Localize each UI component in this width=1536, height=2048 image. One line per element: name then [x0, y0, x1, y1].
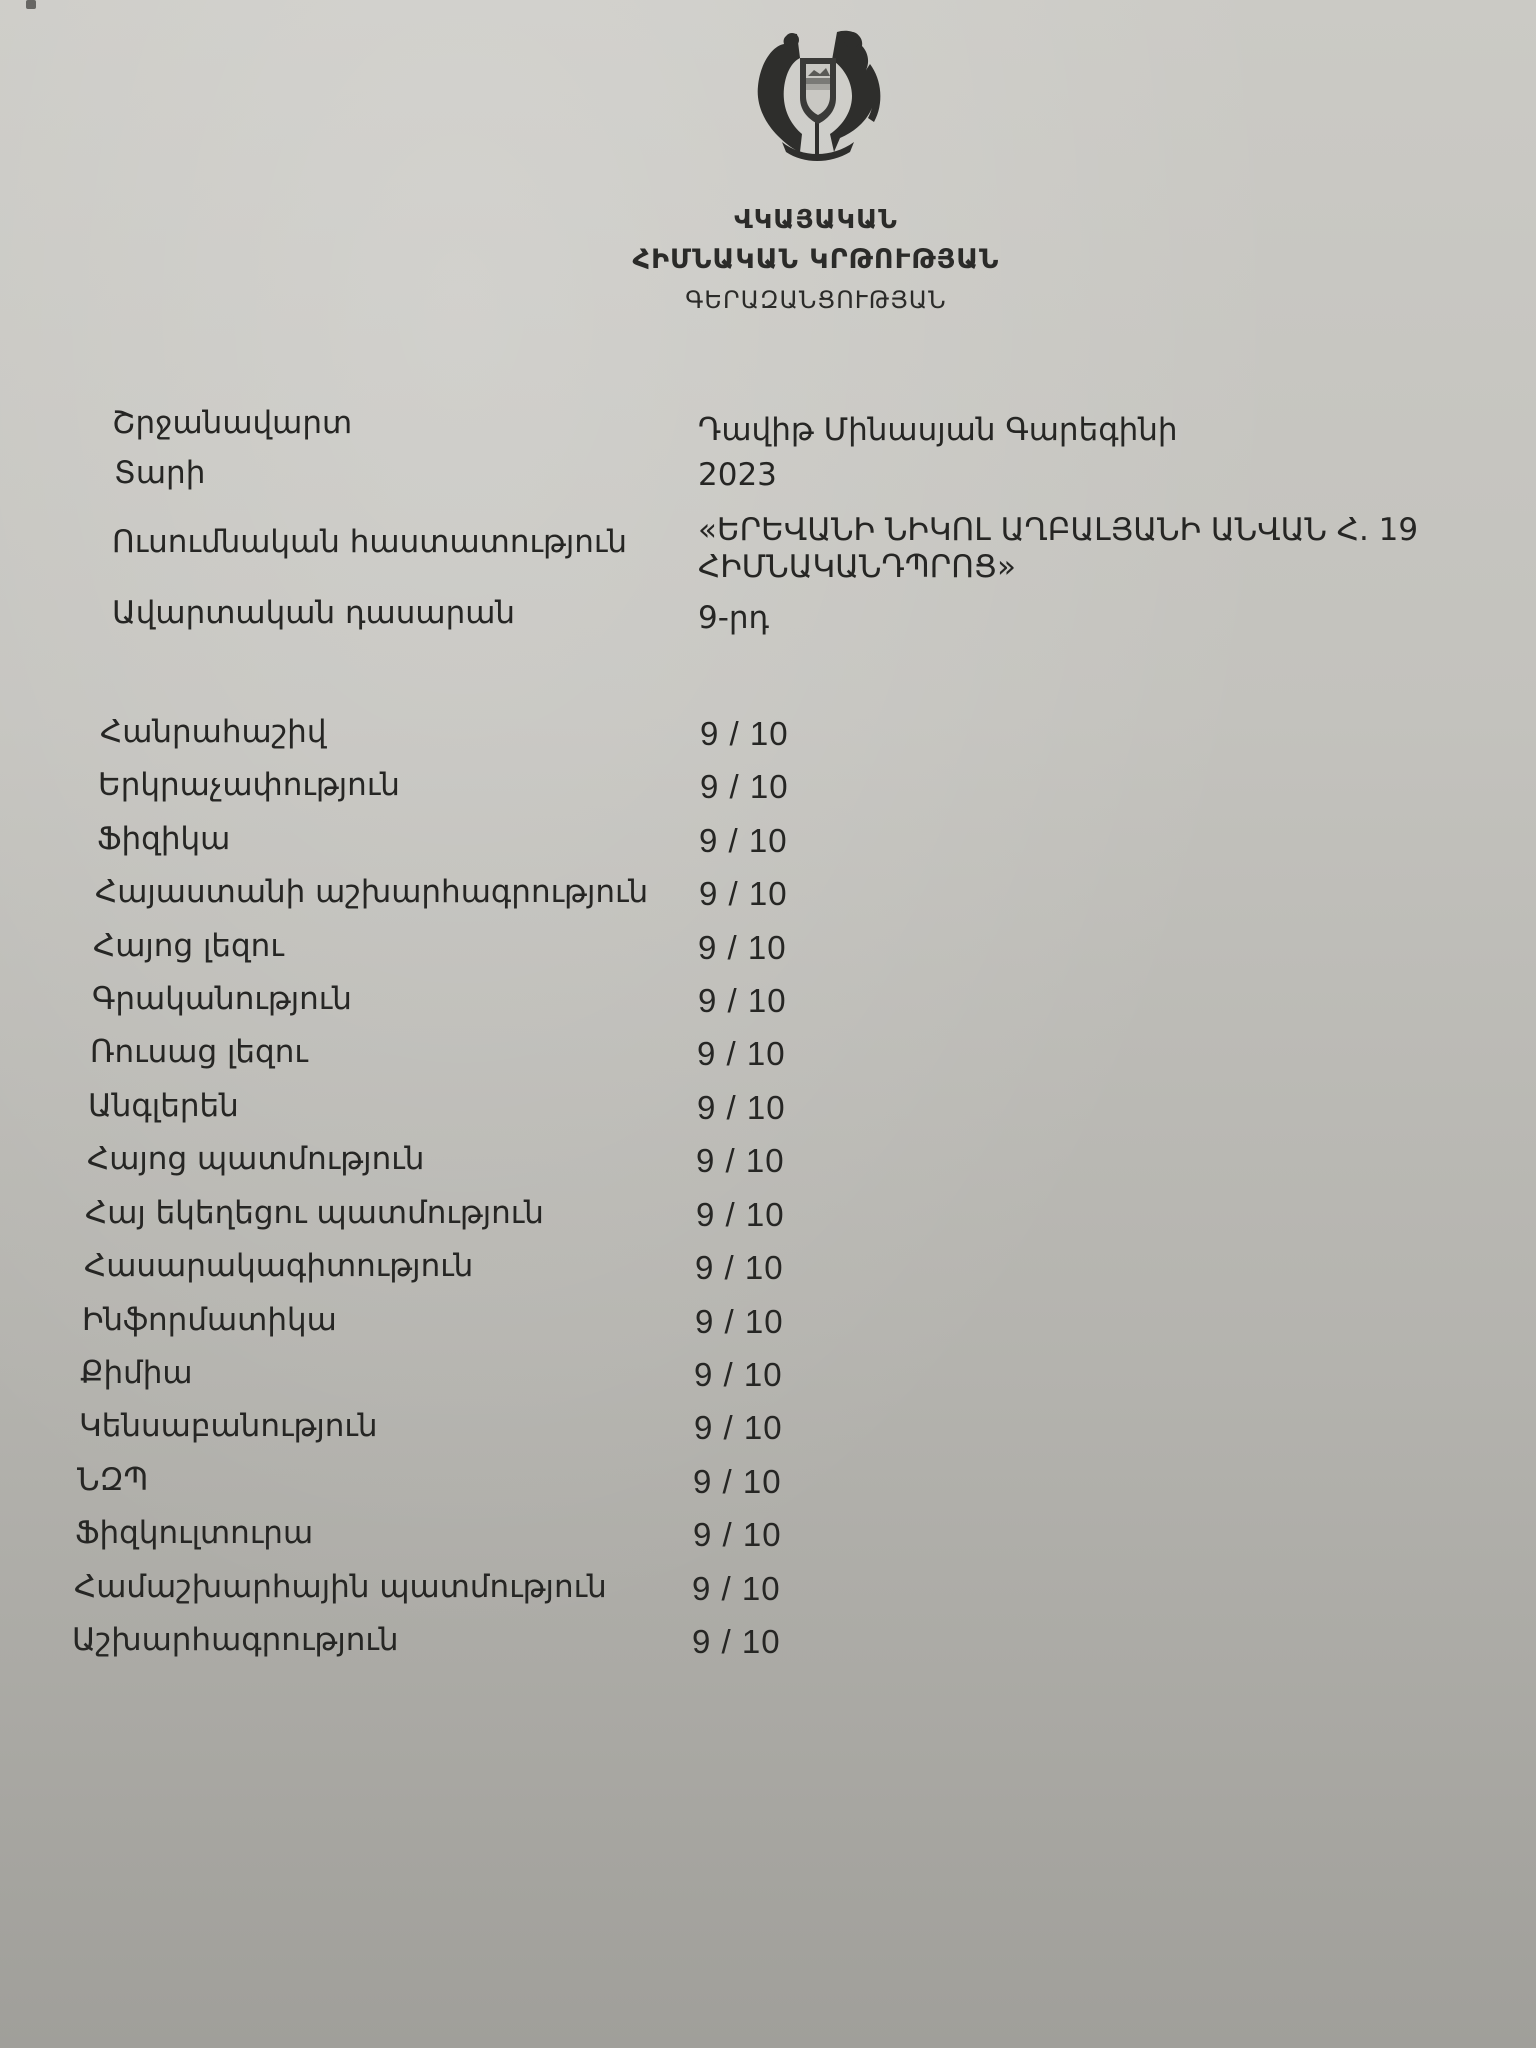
grade-level-label: Ավարտական դասարան: [112, 593, 515, 633]
year-label: Տարի: [114, 453, 205, 493]
subject-score: 9 / 10: [697, 1034, 786, 1074]
subject-score: 9 / 10: [692, 1622, 781, 1662]
subject-name: Հայոց լեզու: [93, 926, 284, 966]
subject-name: Ֆիզիկա: [97, 819, 230, 859]
subject-name: Գրականություն: [92, 979, 352, 1019]
year-value: 2023: [698, 455, 777, 495]
subject-name: Հայ եկեղեցու պատմություն: [85, 1193, 544, 1233]
subject-name: Հայոց պատմություն: [87, 1139, 424, 1179]
subject-score: 9 / 10: [696, 1195, 785, 1235]
subject-score: 9 / 10: [694, 1355, 783, 1395]
subject-score: 9 / 10: [698, 928, 787, 968]
subject-score: 9 / 10: [696, 1141, 785, 1181]
subject-score: 9 / 10: [699, 874, 788, 914]
subject-score: 9 / 10: [699, 821, 788, 861]
subject-name: ՆԶՊ: [77, 1460, 148, 1500]
certificate-header: ՎԿԱՅԱԿԱՆ ՀԻՄՆԱԿԱՆ ԿՐԹՈՒԹՅԱՆ ԳԵՐԱԶԱՆՑՈՒԹՅ…: [0, 200, 1536, 320]
subject-name: Ռուսաց լեզու: [90, 1032, 308, 1072]
subject-name: Ինֆորմատիկա: [82, 1300, 337, 1340]
subject-name: Հասարակագիտություն: [84, 1246, 473, 1286]
subject-score: 9 / 10: [697, 1088, 786, 1128]
subject-name: Անգլերեն: [88, 1086, 239, 1126]
grade-level-value: 9-րդ: [698, 598, 769, 638]
subject-score: 9 / 10: [693, 1515, 782, 1555]
subject-score: 9 / 10: [698, 981, 787, 1021]
corner-mark: [26, 0, 36, 9]
armenia-coat-of-arms-icon: [742, 24, 892, 164]
certificate-type: ԳԵՐԱԶԱՆՑՈՒԹՅԱՆ: [96, 280, 1536, 320]
subject-name: Հայաստանի աշխարհագրություն: [95, 872, 648, 912]
subject-name: Հանրահաշիվ: [100, 712, 326, 752]
institution-label: Ուսումնական հաստատություն: [112, 522, 627, 562]
subject-name: Քիմիա: [80, 1353, 193, 1393]
subject-name: Ֆիզկուլտուրա: [75, 1513, 313, 1553]
subject-score: 9 / 10: [694, 1408, 783, 1448]
subject-name: Երկրաչափություն: [98, 765, 400, 805]
subject-name: Համաշխարհային պատմություն: [74, 1567, 607, 1607]
institution-name-line2: ՀԻՄՆԱԿԱՆԴՊՐՈՑ»: [698, 548, 1016, 586]
certificate-subtitle: ՀԻՄՆԱԿԱՆ ԿՐԹՈՒԹՅԱՆ: [96, 240, 1536, 280]
subject-score: 9 / 10: [695, 1302, 784, 1342]
subject-score: 9 / 10: [700, 714, 789, 754]
subject-score: 9 / 10: [693, 1462, 782, 1502]
institution-name-line1: «ԵՐԵՎԱՆԻ ՆԻԿՈԼ ԱՂԲԱԼՅԱՆԻ ԱՆՎԱՆ Հ. 19: [698, 511, 1418, 549]
subject-name: Կենսաբանություն: [79, 1406, 378, 1446]
graduate-label: Շրջանավարտ: [112, 403, 352, 443]
certificate-page: ՎԿԱՅԱԿԱՆ ՀԻՄՆԱԿԱՆ ԿՐԹՈՒԹՅԱՆ ԳԵՐԱԶԱՆՑՈՒԹՅ…: [0, 0, 1536, 2048]
subject-score: 9 / 10: [700, 767, 789, 807]
subject-name: Աշխարհագրություն: [72, 1620, 399, 1660]
subject-score: 9 / 10: [695, 1248, 784, 1288]
graduate-name: Դավիթ Մինասյան Գարեգինի: [698, 410, 1178, 450]
certificate-title: ՎԿԱՅԱԿԱՆ: [96, 200, 1536, 240]
subject-score: 9 / 10: [692, 1569, 781, 1609]
